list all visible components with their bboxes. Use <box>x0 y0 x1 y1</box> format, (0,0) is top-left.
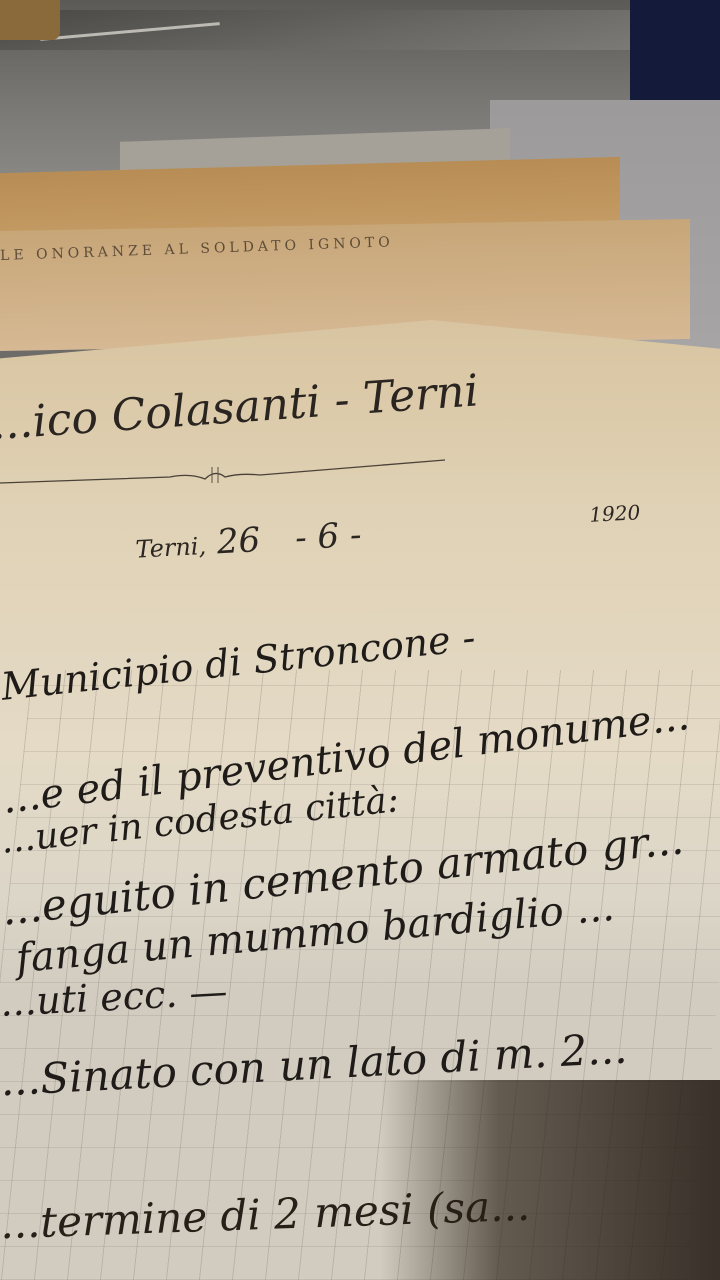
date-day: 26 <box>216 520 261 562</box>
corner-object <box>0 0 60 40</box>
letterhead-flourish-icon <box>0 455 450 485</box>
date-month: - 6 - <box>294 515 362 558</box>
blue-object <box>630 0 720 105</box>
shelf-edge <box>0 10 640 50</box>
date-year: 1920 <box>589 500 641 527</box>
shadow-overlay <box>380 1080 720 1280</box>
date-place: Terni, <box>135 532 207 564</box>
